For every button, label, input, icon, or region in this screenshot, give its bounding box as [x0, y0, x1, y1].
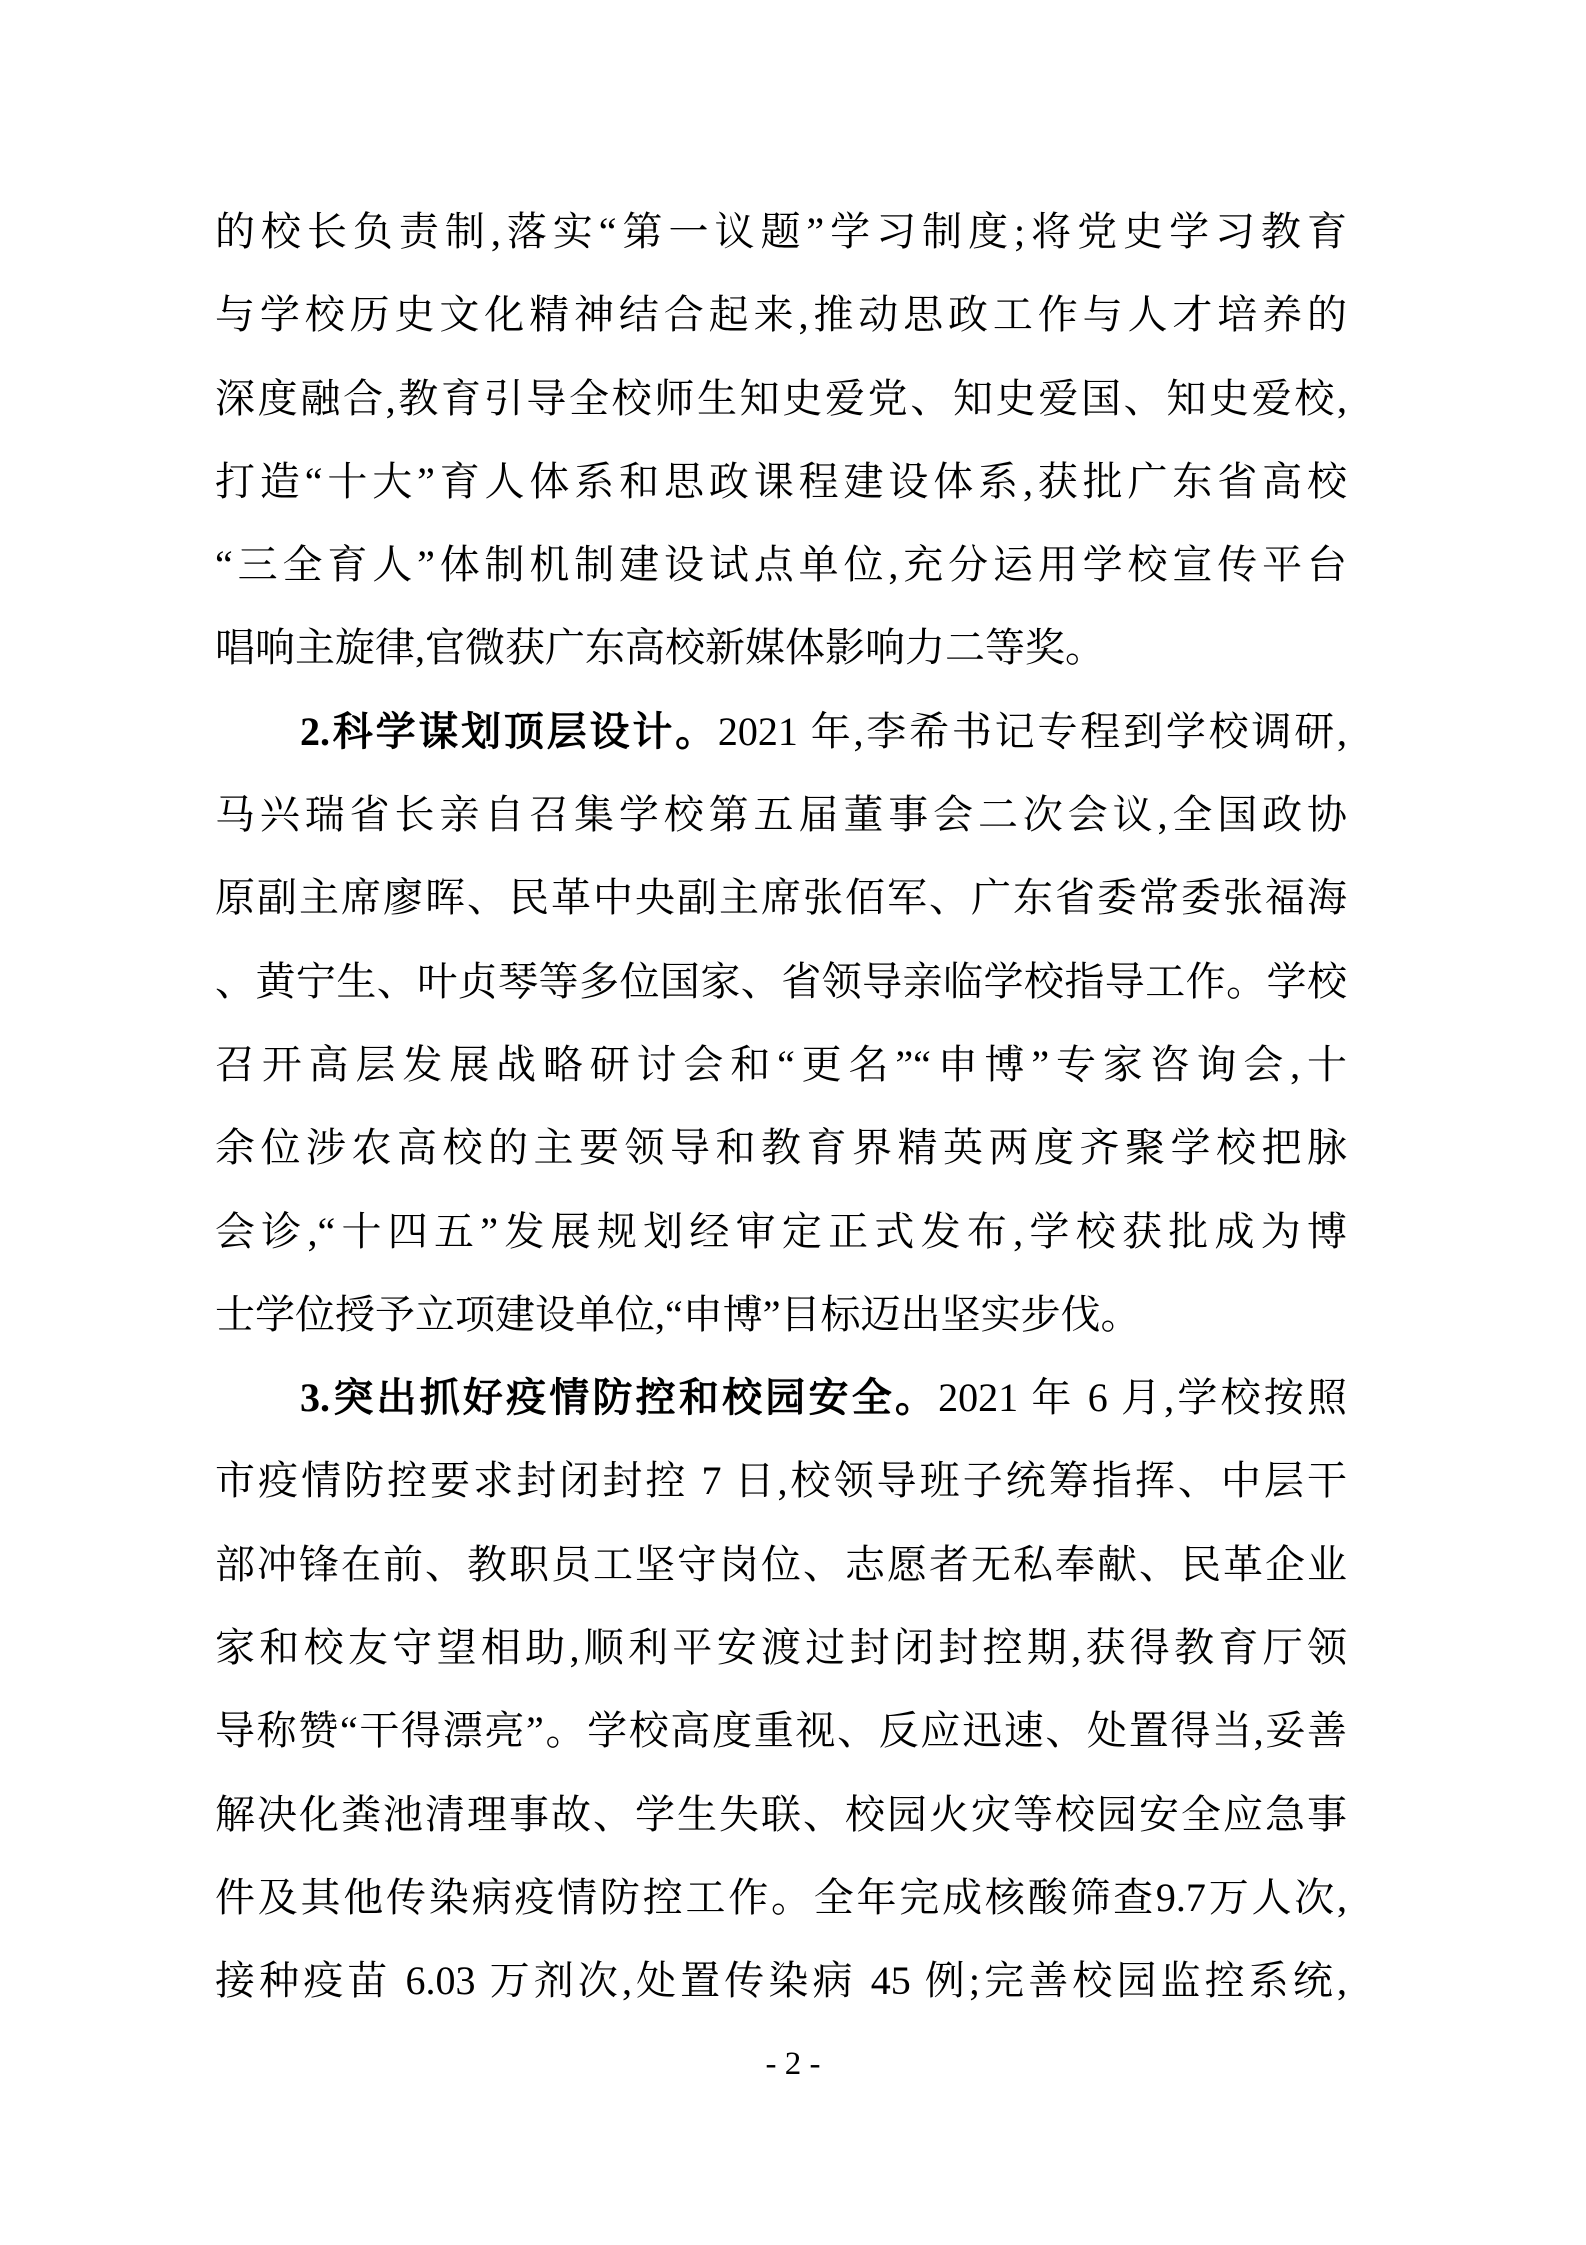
text-line: 唱响主旋律,官微获广东高校新媒体影响力二等奖。 [215, 606, 1347, 689]
paragraph-heading-text: 2.科学谋划顶层设计。 [300, 709, 718, 754]
paragraph-body-text: 召开高层发展战略研讨会和“更名”“申博”专家咨询会,十 [215, 1042, 1347, 1087]
text-line: 导称赞“干得漂亮”。学校高度重视、反应迅速、处置得当,妥善 [215, 1689, 1347, 1772]
text-line: 召开高层发展战略研讨会和“更名”“申博”专家咨询会,十 [215, 1023, 1347, 1106]
text-line: 马兴瑞省长亲自召集学校第五届董事会二次会议,全国政协 [215, 773, 1347, 856]
text-line: 会诊,“十四五”发展规划经审定正式发布,学校获批成为博 [215, 1190, 1347, 1273]
paragraph-heading-text: 3.突出抓好疫情防控和校园安全。 [300, 1375, 938, 1420]
paragraph-body-text: 2021 年 6 月,学校按照 [938, 1375, 1347, 1420]
text-line: 的校长负责制,落实“第一议题”学习制度;将党史学习教育 [215, 190, 1347, 273]
text-line: 接种疫苗 6.03 万剂次,处置传染病 45 例;完善校园监控系统, [215, 1939, 1347, 2022]
paragraph-body-text: 与学校历史文化精神结合起来,推动思政工作与人才培养的 [215, 292, 1347, 337]
paragraph-body-text: 部冲锋在前、教职员工坚守岗位、志愿者无私奉献、民革企业 [215, 1542, 1347, 1587]
text-line: 原副主席廖晖、民革中央副主席张佰军、广东省委常委张福海 [215, 856, 1347, 939]
paragraph-body-text: 原副主席廖晖、民革中央副主席张佰军、广东省委常委张福海 [215, 875, 1347, 920]
paragraph-body-text: 深度融合,教育引导全校师生知史爱党、知史爱国、知史爱校, [215, 376, 1347, 421]
page-number: - 2 - [0, 2042, 1586, 2086]
text-line: “三全育人”体制机制建设试点单位,充分运用学校宣传平台 [215, 523, 1347, 606]
paragraph-body-text: 会诊,“十四五”发展规划经审定正式发布,学校获批成为博 [215, 1209, 1347, 1254]
paragraph-body-text: 、黄宁生、叶贞琴等多位国家、省领导亲临学校指导工作。学校 [215, 959, 1347, 1004]
text-line: 士学位授予立项建设单位,“申博”目标迈出坚实步伐。 [215, 1273, 1347, 1356]
text-line: 2.科学谋划顶层设计。2021 年,李希书记专程到学校调研, [215, 690, 1347, 773]
paragraph-body-text: 解决化粪池清理事故、学生失联、校园火灾等校园安全应急事 [215, 1792, 1347, 1837]
paragraph-body-text: 余位涉农高校的主要领导和教育界精英两度齐聚学校把脉 [215, 1125, 1347, 1170]
text-line: 件及其他传染病疫情防控工作。全年完成核酸筛查9.7万人次, [215, 1856, 1347, 1939]
text-line: 市疫情防控要求封闭封控 7 日,校领导班子统筹指挥、中层干 [215, 1439, 1347, 1522]
paragraph-body-text: 士学位授予立项建设单位,“申博”目标迈出坚实步伐。 [215, 1292, 1141, 1337]
text-line: 部冲锋在前、教职员工坚守岗位、志愿者无私奉献、民革企业 [215, 1523, 1347, 1606]
paragraph-body-text: 马兴瑞省长亲自召集学校第五届董事会二次会议,全国政协 [215, 792, 1347, 837]
paragraph-body-text: 件及其他传染病疫情防控工作。全年完成核酸筛查9.7万人次, [215, 1875, 1347, 1920]
text-line: 打造“十大”育人体系和思政课程建设体系,获批广东省高校 [215, 440, 1347, 523]
paragraph-body-text: 打造“十大”育人体系和思政课程建设体系,获批广东省高校 [215, 459, 1347, 504]
paragraph-body-text: 接种疫苗 6.03 万剂次,处置传染病 45 例;完善校园监控系统, [215, 1958, 1347, 2003]
document-page: 的校长负责制,落实“第一议题”学习制度;将党史学习教育与学校历史文化精神结合起来… [0, 0, 1586, 2245]
paragraph-body-text: 家和校友守望相助,顺利平安渡过封闭封控期,获得教育厅领 [215, 1625, 1347, 1670]
paragraph-body-text: 唱响主旋律,官微获广东高校新媒体影响力二等奖。 [215, 625, 1105, 670]
text-line: 深度融合,教育引导全校师生知史爱党、知史爱国、知史爱校, [215, 357, 1347, 440]
text-line: 解决化粪池清理事故、学生失联、校园火灾等校园安全应急事 [215, 1773, 1347, 1856]
paragraph-body-text: 导称赞“干得漂亮”。学校高度重视、反应迅速、处置得当,妥善 [215, 1708, 1347, 1753]
text-line: 家和校友守望相助,顺利平安渡过封闭封控期,获得教育厅领 [215, 1606, 1347, 1689]
paragraph-body-text: 2021 年,李希书记专程到学校调研, [718, 709, 1347, 754]
paragraph-body-text: “三全育人”体制机制建设试点单位,充分运用学校宣传平台 [215, 542, 1347, 587]
text-line: 与学校历史文化精神结合起来,推动思政工作与人才培养的 [215, 273, 1347, 356]
paragraph-body-text: 市疫情防控要求封闭封控 7 日,校领导班子统筹指挥、中层干 [215, 1458, 1347, 1503]
text-line: 余位涉农高校的主要领导和教育界精英两度齐聚学校把脉 [215, 1106, 1347, 1189]
text-line: 3.突出抓好疫情防控和校园安全。2021 年 6 月,学校按照 [215, 1356, 1347, 1439]
text-line: 、黄宁生、叶贞琴等多位国家、省领导亲临学校指导工作。学校 [215, 940, 1347, 1023]
paragraph-body-text: 的校长负责制,落实“第一议题”学习制度;将党史学习教育 [215, 209, 1347, 254]
page-body-text: 的校长负责制,落实“第一议题”学习制度;将党史学习教育与学校历史文化精神结合起来… [215, 190, 1347, 2023]
